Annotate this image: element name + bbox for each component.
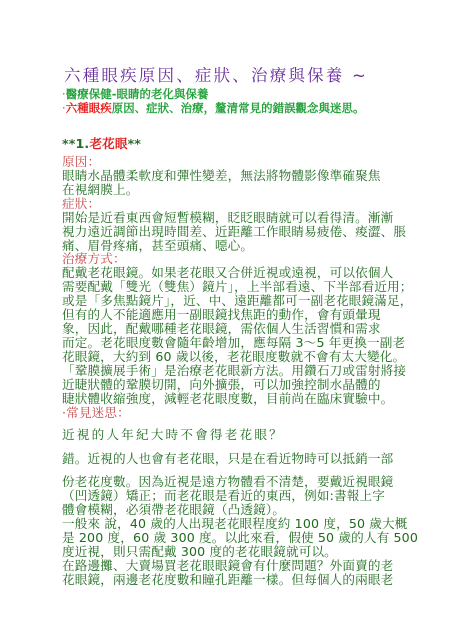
symptom-line: 視力遠近調節出現時間差、近距離工作眼睛易疲倦、痠澀、脹 xyxy=(62,224,406,239)
heading-suffix: ** xyxy=(128,136,141,151)
cause-line: 在視網膜上。 xyxy=(62,182,138,197)
treatment-line: 需要配戴「雙光（雙焦）鏡片」，上半部看遠、下半部看近用； xyxy=(62,279,413,294)
cause-label: 原因： xyxy=(62,154,100,169)
treatment-line: 「鞏膜擴展手術」是治療老花眼新方法。用鑽石刀或雷射將接 xyxy=(62,363,406,378)
subtitle-text: 原因、症狀、治療，釐清常見的錯誤觀念與迷思。 xyxy=(112,101,365,115)
myth-answer-first: 錯。近視的人也會有老花眼，只是在看近物時可以抵銷一部 xyxy=(62,451,393,466)
treatment-line: 花眼鏡，大約到 60 歲以後，老花眼度數就不會有太大變化。 xyxy=(62,349,405,364)
heading-name: 老花眼 xyxy=(89,136,127,151)
subtitle-highlight: 六種眼疾 xyxy=(66,101,112,115)
treatment-line: 象，因此，配戴哪種老花眼鏡，需依個人生活習慣和需求 xyxy=(62,321,381,336)
subtitle-line-2: ·六種眼疾原因、症狀、治療，釐清常見的錯誤觀念與迷思。 xyxy=(62,101,365,115)
treatment-line: 或是「多焦點鏡片」，近、中、遠距離都可一副老花眼鏡滿足， xyxy=(62,293,413,308)
myth-question: 近視的人年紀大時不會得老花眼？ xyxy=(62,427,284,442)
myth-answer-line: 花眼鏡，兩邊老花度數和瞳孔距離一樣。但每個人的兩眼老 xyxy=(62,572,393,587)
symptom-line: 開始是近看東西會短暫模糊，眨眨眼睛就可以看得清。漸漸 xyxy=(62,210,393,225)
myth-answer-line: 在路邊攤、大賣場買老花眼眼鏡會有什麼問題？外面賣的老 xyxy=(62,558,393,573)
section-heading: **1.老花眼** xyxy=(62,136,141,151)
treatment-line: 但有的人不能適應用一副眼鏡找焦距的動作，會有頭暈現 xyxy=(62,307,381,322)
cause-line: 眼睛水晶體柔軟度和彈性變差，無法將物體影像準確聚焦 xyxy=(62,168,381,183)
myth-answer-line: 體會模糊，必須帶老花眼鏡（凸透鏡）。 xyxy=(62,502,285,517)
document-page: 六種眼疾原因、症狀、治療與保養 ~ ·醫療保健-眼睛的老化與保養 ·六種眼疾原因… xyxy=(0,0,452,640)
subtitle-line-1: ·醫療保健-眼睛的老化與保養 xyxy=(62,87,208,101)
treatment-line: 睫狀體收縮強度，減輕老花眼度數，目前尚在臨床實驗中。 xyxy=(62,391,393,406)
myth-answer-line: 度近視，則只需配戴 300 度的老花眼鏡就可以。 xyxy=(62,544,337,559)
treatment-line: 而定。老花眼度數會隨年齡增加，應每隔 3～5 年更換一副老 xyxy=(62,335,405,350)
page-title: 六種眼疾原因、症狀、治療與保養 ~ xyxy=(64,66,368,86)
heading-prefix: **1. xyxy=(62,136,89,151)
treatment-line: 近睫狀體的鞏膜切開，向外擴張，可以加強控制水晶體的 xyxy=(62,377,381,392)
subtitle-text: 醫療保健-眼睛的老化與保養 xyxy=(66,87,209,101)
myth-answer-line: 份老花度數。因為近視是遠方物體看不清楚，要戴近視眼鏡 xyxy=(62,474,393,489)
symptom-label: 症狀： xyxy=(62,196,100,211)
treatment-line: 配戴老花眼鏡。如果老花眼又合併近視或遠視，可以依個人 xyxy=(62,265,393,280)
treatment-label: 治療方式： xyxy=(62,251,126,266)
myth-answer-line: 是 200 度，60 歲 300 度。以此來看，假使 50 歲的人有 500 xyxy=(62,530,418,545)
myth-answer-line: 一般來 說，40 歲的人出現老花眼程度約 100 度，50 歲大概 xyxy=(62,516,408,531)
myth-answer-line: （凹透鏡）矯正；而老花眼是看近的東西，例如:書報上字 xyxy=(62,488,385,503)
myth-label: ·常見迷思： xyxy=(62,405,130,420)
